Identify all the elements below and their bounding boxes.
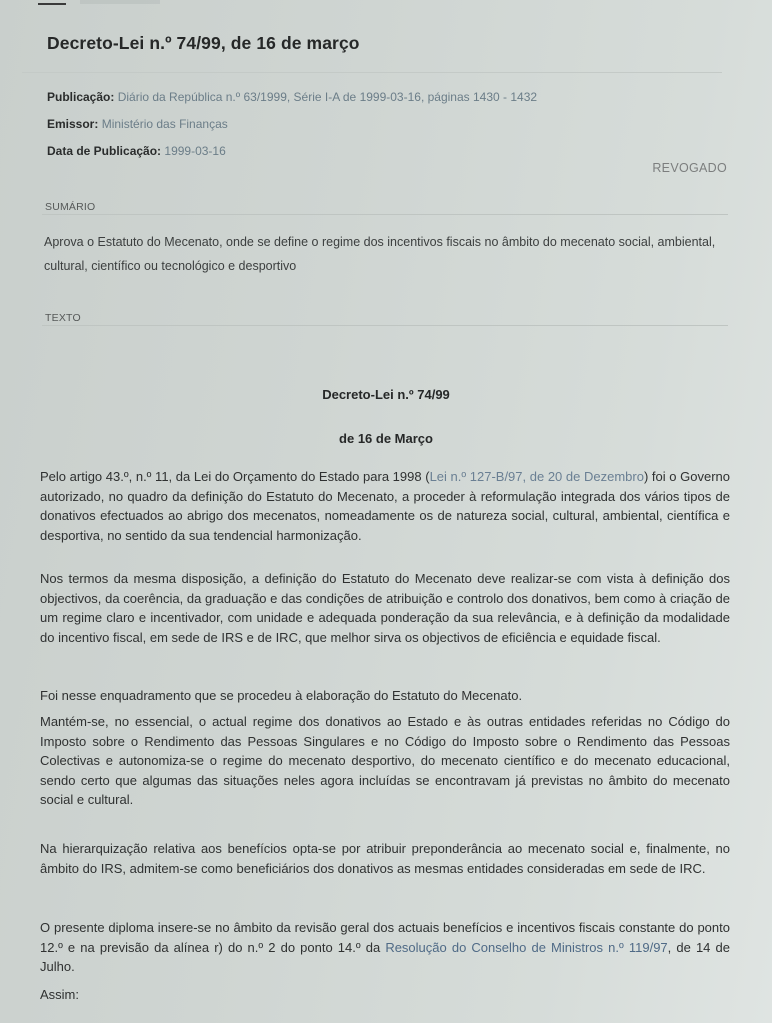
meta-publicacao-label: Publicação: bbox=[47, 90, 114, 104]
lei-127-b-97-link[interactable]: Lei n.º 127-B/97, de 20 de Dezembro bbox=[430, 469, 644, 484]
texto-divider bbox=[42, 325, 728, 326]
title-divider bbox=[22, 72, 722, 73]
sumario-label: SUMÁRIO bbox=[45, 201, 95, 213]
paragraph-3: Foi nesse enquadramento que se procedeu … bbox=[40, 686, 730, 706]
decree-subheading: de 16 de Março bbox=[0, 431, 772, 446]
paragraph-1: Pelo artigo 43.º, n.º 11, da Lei do Orça… bbox=[40, 467, 730, 545]
meta-data-value: 1999-03-16 bbox=[164, 144, 225, 158]
resolucao-conselho-ministros-link[interactable]: Resolução do Conselho de Ministros n.º 1… bbox=[385, 940, 667, 955]
paragraph-2: Nos termos da mesma disposição, a defini… bbox=[40, 569, 730, 647]
decree-heading: Decreto-Lei n.º 74/99 bbox=[0, 387, 772, 402]
emissor-link[interactable]: Ministério das Finanças bbox=[102, 117, 228, 131]
page-title: Decreto-Lei n.º 74/99, de 16 de março bbox=[47, 33, 360, 54]
paragraph-6: O presente diploma insere-se no âmbito d… bbox=[40, 918, 730, 977]
paragraph-7: Assim: bbox=[40, 985, 730, 1005]
sumario-divider bbox=[42, 214, 728, 215]
meta-publicacao: Publicação: Diário da República n.º 63/1… bbox=[47, 90, 537, 104]
sumario-text: Aprova o Estatuto do Mecenato, onde se d… bbox=[44, 230, 734, 278]
paragraph-4: Mantém-se, no essencial, o actual regime… bbox=[40, 712, 730, 810]
cut-off-header-text bbox=[80, 0, 160, 4]
meta-emissor-label: Emissor: bbox=[47, 117, 98, 131]
meta-data-label: Data de Publicação: bbox=[47, 144, 161, 158]
top-divider-mark bbox=[38, 3, 66, 5]
publicacao-link[interactable]: Diário da República n.º 63/1999, Série I… bbox=[118, 90, 537, 104]
paragraph-5: Na hierarquização relativa aos benefício… bbox=[40, 839, 730, 878]
meta-emissor: Emissor: Ministério das Finanças bbox=[47, 117, 228, 131]
texto-label: TEXTO bbox=[45, 312, 81, 324]
status-badge: REVOGADO bbox=[652, 161, 727, 175]
meta-data-publicacao: Data de Publicação: 1999-03-16 bbox=[47, 144, 226, 158]
paragraph-1-text-a: Pelo artigo 43.º, n.º 11, da Lei do Orça… bbox=[40, 469, 430, 484]
